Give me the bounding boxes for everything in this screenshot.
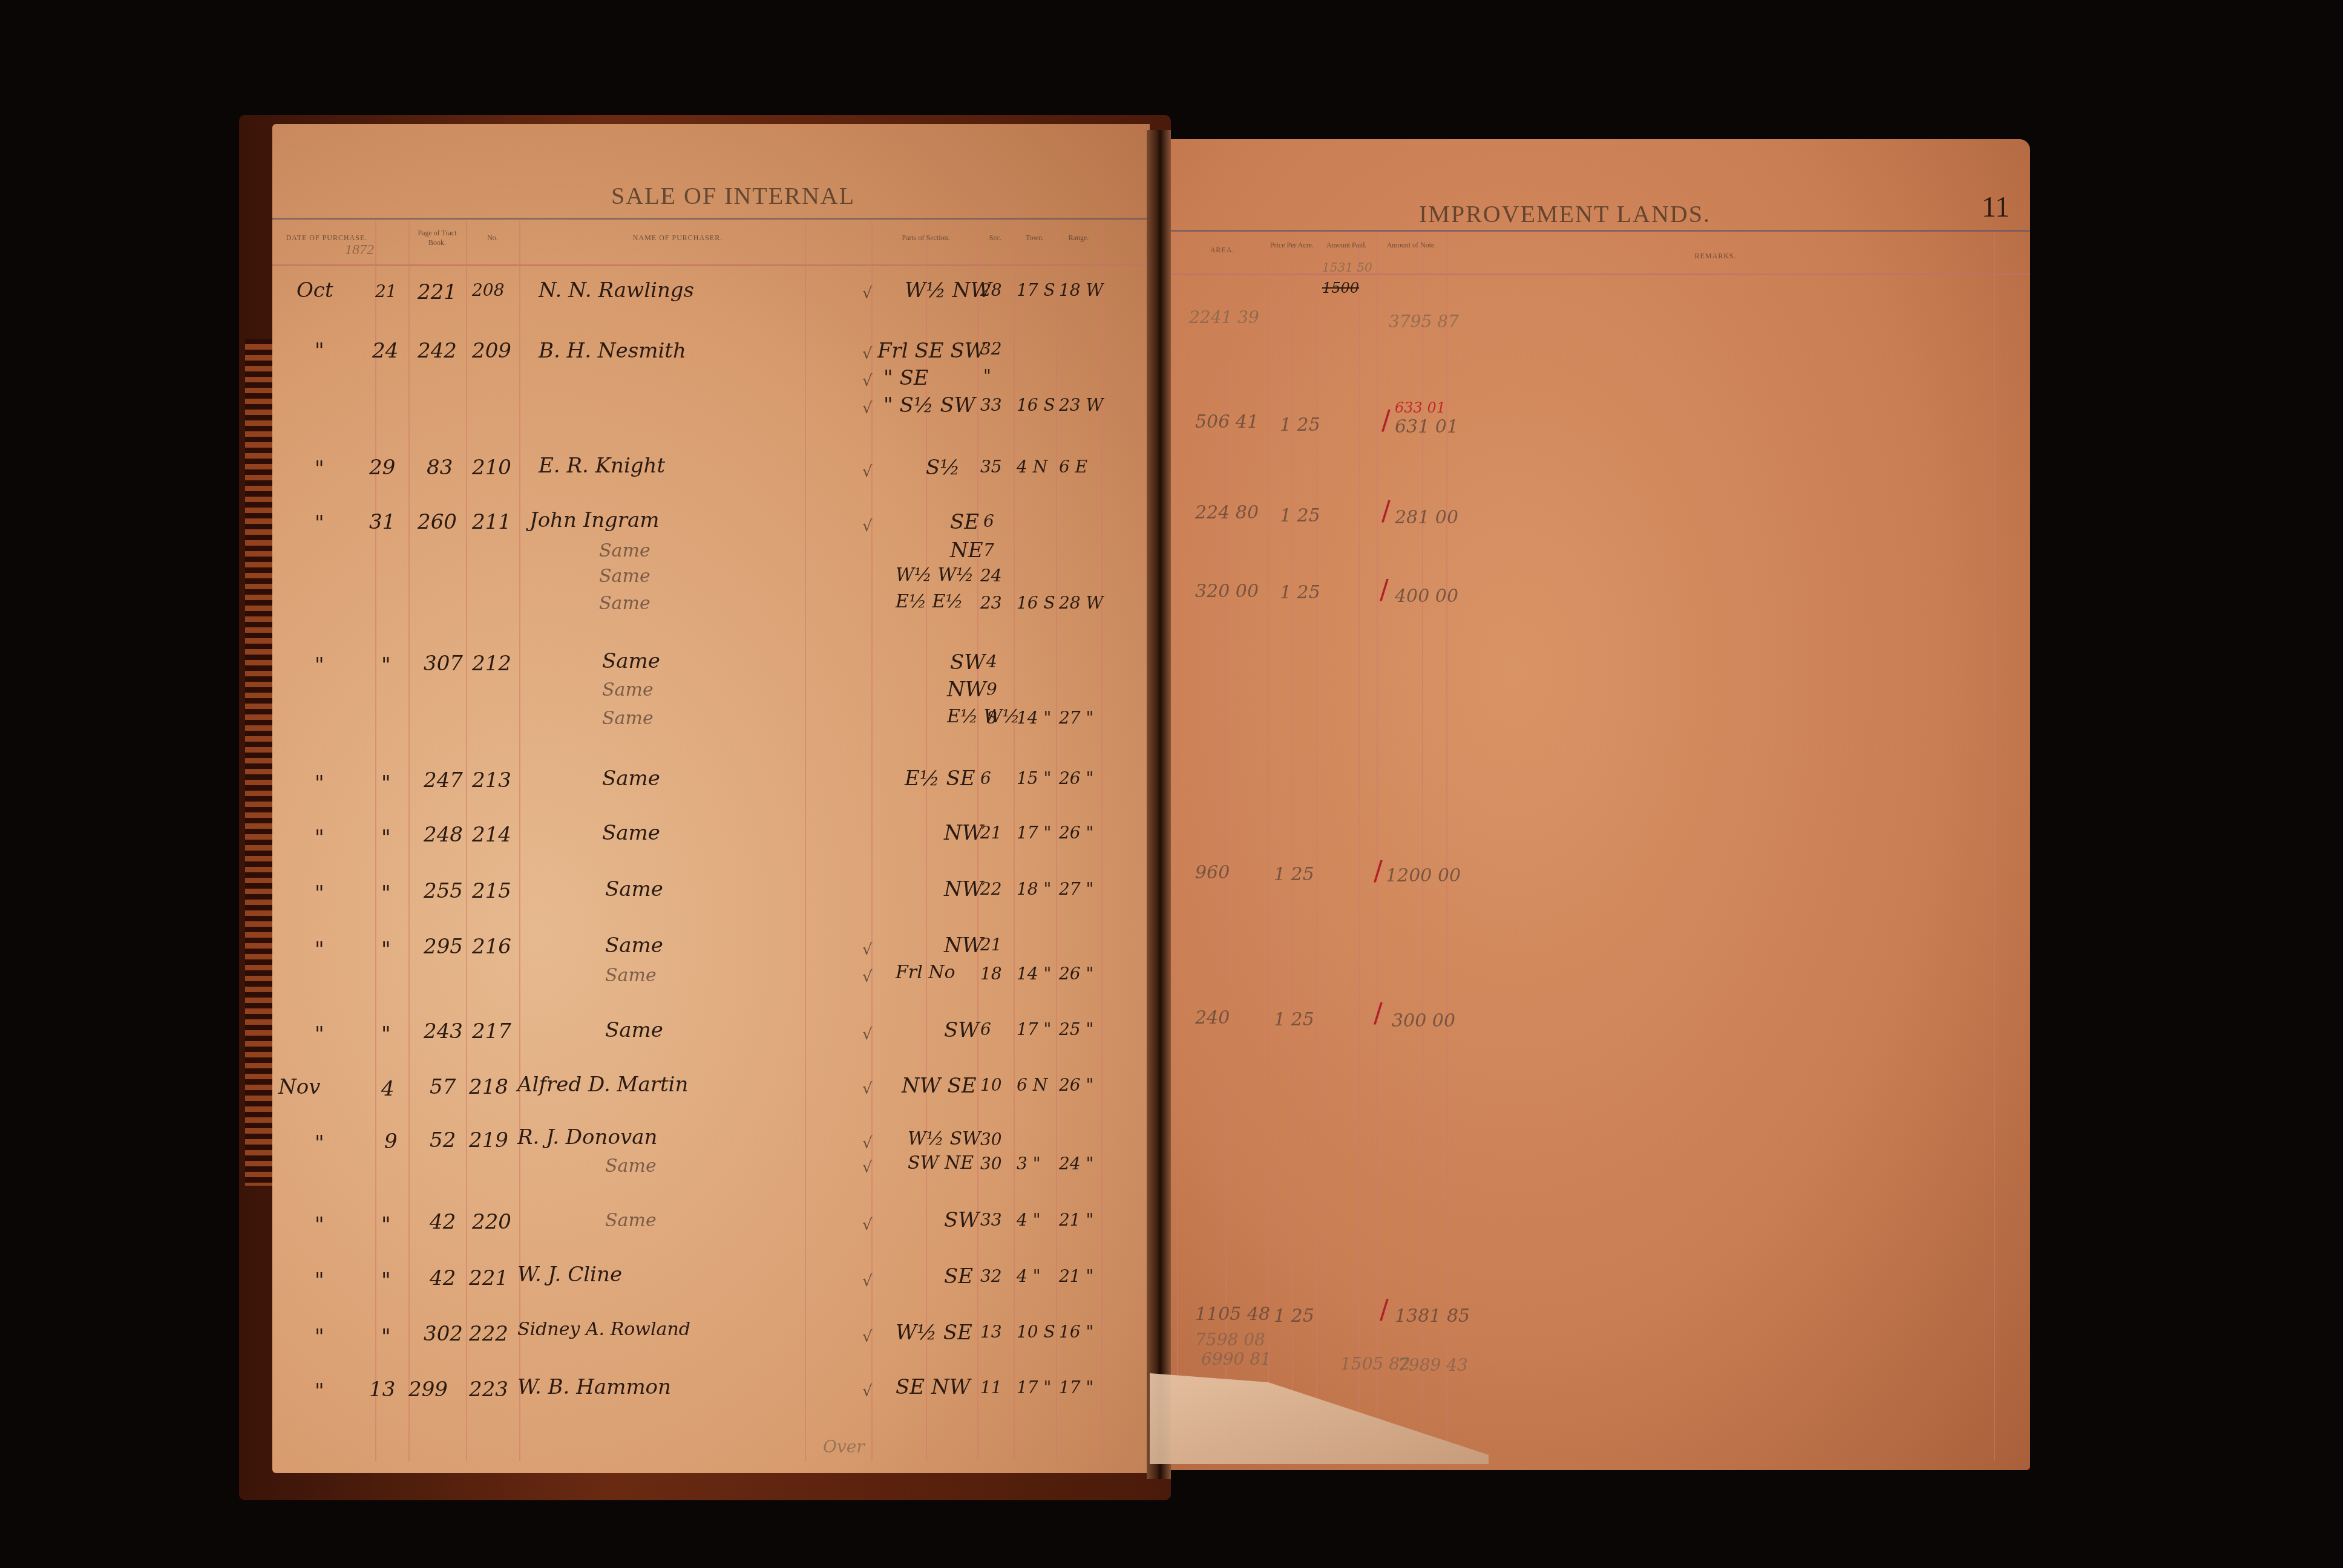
handwritten-cell: 17 " <box>1017 1377 1051 1397</box>
handwritten-cell: 255 <box>424 879 463 903</box>
handwritten-cell: 960 <box>1195 862 1230 883</box>
column-rule <box>466 221 467 1461</box>
handwritten-cell: " <box>381 1269 391 1293</box>
column-rule <box>1056 221 1057 1461</box>
handwritten-cell: E½ SE <box>905 766 975 791</box>
handwritten-cell: " <box>315 1379 324 1403</box>
handwritten-cell: " <box>315 1213 324 1237</box>
handwritten-cell: NW <box>944 821 983 845</box>
handwritten-cell: " <box>983 366 991 386</box>
check-mark-icon: √ <box>862 1134 873 1152</box>
handwritten-cell: 35 <box>980 457 1002 477</box>
handwritten-cell: 1 25 <box>1274 1305 1314 1327</box>
handwritten-cell: SE <box>950 510 979 534</box>
handwritten-cell: 302 <box>424 1322 463 1346</box>
column-rule <box>408 221 410 1461</box>
handwritten-cell: 281 00 <box>1395 507 1458 528</box>
check-mark-icon: √ <box>862 1216 873 1234</box>
check-mark-icon: √ <box>862 968 873 986</box>
handwritten-cell: 13 <box>980 1322 1002 1342</box>
handwritten-cell: John Ingram <box>529 508 660 532</box>
column-header-no: No. <box>466 233 519 243</box>
column-header-note: Amount of Note. <box>1377 240 1446 250</box>
handwritten-cell: " <box>315 938 324 962</box>
column-header-town: Town. <box>1014 233 1056 243</box>
handwritten-cell: Same <box>605 877 663 901</box>
handwritten-cell: W½ NW <box>905 278 991 302</box>
handwritten-cell: 3 " <box>1017 1154 1041 1174</box>
handwritten-cell: 57 <box>430 1075 456 1099</box>
handwritten-cell: 218 <box>469 1075 508 1099</box>
handwritten-cell: 212 <box>472 652 511 676</box>
handwritten-cell: 42 <box>430 1210 456 1234</box>
check-mark-icon: √ <box>862 345 873 363</box>
handwritten-cell: Same <box>605 1018 663 1042</box>
handwritten-cell: 210 <box>472 456 511 480</box>
handwritten-cell: 224 80 <box>1195 502 1259 523</box>
handwritten-cell: 3795 87 <box>1389 312 1459 332</box>
handwritten-cell: " <box>315 1269 324 1293</box>
handwritten-cell: 1105 48 <box>1195 1304 1270 1325</box>
handwritten-cell: " <box>381 1213 391 1237</box>
handwritten-cell: 27 " <box>1059 879 1093 899</box>
crossed-amount: 1500 <box>1322 279 1359 296</box>
handwritten-cell: 28 <box>980 280 1002 300</box>
handwritten-cell: 24 <box>372 339 398 363</box>
handwritten-cell: 243 <box>424 1019 463 1044</box>
handwritten-cell: 33 <box>980 395 1002 415</box>
handwritten-cell: 8 <box>986 708 997 728</box>
handwritten-cell: 299 <box>408 1377 448 1402</box>
handwritten-cell: " <box>315 1131 324 1155</box>
handwritten-cell: 11 <box>980 1377 1002 1397</box>
handwritten-cell: " SE <box>883 366 929 390</box>
handwritten-cell: Same <box>599 593 650 614</box>
handwritten-cell: Same <box>605 1155 657 1177</box>
handwritten-cell: 4 <box>381 1077 395 1101</box>
handwritten-cell: SW NE <box>908 1152 974 1174</box>
handwritten-cell: Same <box>605 1210 657 1231</box>
handwritten-cell: " <box>381 938 391 962</box>
handwritten-cell: S½ <box>926 456 960 480</box>
column-rule <box>1268 233 1269 1461</box>
handwritten-cell: 26 " <box>1059 964 1093 984</box>
handwritten-cell: 221 <box>418 280 457 304</box>
check-mark-icon: / <box>1380 1295 1389 1325</box>
handwritten-cell: 6 <box>980 768 991 788</box>
handwritten-cell: " <box>381 1325 391 1349</box>
handwritten-cell: 633 01 <box>1395 399 1446 416</box>
handwritten-cell: 300 00 <box>1392 1010 1455 1031</box>
handwritten-cell: 4 " <box>1017 1266 1041 1286</box>
handwritten-cell: 52 <box>430 1128 456 1152</box>
handwritten-cell: 214 <box>472 823 511 847</box>
handwritten-cell: 10 <box>980 1075 1002 1095</box>
handwritten-cell: 260 <box>418 510 457 534</box>
handwritten-cell: 17 " <box>1017 823 1051 843</box>
handwritten-cell: Nov <box>278 1075 320 1099</box>
handwritten-cell: 208 <box>472 280 504 300</box>
check-mark-icon: √ <box>862 284 873 302</box>
column-rule <box>1014 221 1015 1461</box>
handwritten-cell: R. J. Donovan <box>517 1125 657 1149</box>
handwritten-cell: 221 <box>469 1266 508 1290</box>
handwritten-cell: 24 " <box>1059 1154 1093 1174</box>
handwritten-cell: 7598 08 <box>1195 1330 1265 1350</box>
handwritten-cell: SE <box>944 1264 973 1289</box>
handwritten-cell: Same <box>602 708 654 729</box>
handwritten-cell: 307 <box>424 652 463 676</box>
handwritten-cell: 1 25 <box>1274 864 1314 885</box>
handwritten-cell: 6 <box>980 1019 991 1039</box>
handwritten-cell: 240 <box>1195 1007 1230 1028</box>
handwritten-cell: 1 25 <box>1280 414 1320 436</box>
handwritten-cell: 83 <box>427 456 453 480</box>
column-rule <box>1377 233 1378 1461</box>
handwritten-cell: " <box>381 771 391 795</box>
column-header-tract-page: Page of Tract Book. <box>408 228 466 247</box>
handwritten-cell: " <box>315 771 324 795</box>
handwritten-cell: 6 E <box>1059 457 1087 477</box>
handwritten-cell: 211 <box>472 510 511 534</box>
check-mark-icon: √ <box>862 1025 873 1044</box>
check-mark-icon: / <box>1381 496 1391 527</box>
handwritten-cell: 24 <box>980 566 1002 586</box>
check-mark-icon: √ <box>862 517 873 535</box>
handwritten-cell: 25 " <box>1059 1019 1093 1039</box>
handwritten-cell: Alfred D. Martin <box>517 1073 688 1097</box>
handwritten-cell: 220 <box>472 1210 511 1234</box>
handwritten-cell: 1200 00 <box>1386 865 1461 886</box>
handwritten-cell: E½ W½ <box>947 706 1020 727</box>
handwritten-cell: 6990 81 <box>1201 1349 1271 1369</box>
handwritten-cell: 23 W <box>1059 395 1103 415</box>
handwritten-cell: 16 S <box>1017 395 1055 415</box>
column-header-price: Price Per Acre. <box>1268 240 1316 250</box>
handwritten-cell: Frl SE SW <box>877 339 986 363</box>
header-bottom-rule <box>1171 273 2030 275</box>
handwritten-cell: 4 " <box>1017 1210 1041 1230</box>
handwritten-cell: Oct <box>297 278 333 302</box>
handwritten-cell: 26 " <box>1059 1075 1093 1095</box>
handwritten-cell: 17 " <box>1059 1377 1093 1397</box>
handwritten-cell: " <box>381 826 391 850</box>
handwritten-cell: 631 01 <box>1395 416 1458 437</box>
handwritten-cell: 7 <box>983 540 994 560</box>
handwritten-cell: Same <box>602 766 660 791</box>
column-rule <box>1994 233 1995 1461</box>
handwritten-cell: 33 <box>980 1210 1002 1230</box>
check-mark-icon: √ <box>862 941 873 959</box>
handwritten-cell: W. J. Cline <box>517 1263 622 1287</box>
handwritten-cell: 31 <box>369 510 395 534</box>
check-mark-icon: / <box>1374 998 1383 1029</box>
handwritten-cell: SE NW <box>896 1375 971 1399</box>
column-header-parts: Parts of Section. <box>877 233 974 243</box>
handwritten-cell: 16 " <box>1059 1322 1093 1342</box>
handwritten-cell: E. R. Knight <box>539 454 665 478</box>
handwritten-cell: 18 <box>980 964 1002 984</box>
handwritten-cell: 216 <box>472 935 511 959</box>
check-mark-icon: √ <box>862 1328 873 1346</box>
handwritten-cell: 32 <box>980 339 1002 359</box>
handwritten-cell: 22 <box>980 879 1002 899</box>
handwritten-cell: 14 " <box>1017 708 1051 728</box>
handwritten-cell: NW <box>947 678 986 702</box>
handwritten-cell: 42 <box>430 1266 456 1290</box>
check-mark-icon: √ <box>862 1158 873 1177</box>
handwritten-cell: SW <box>944 1018 979 1042</box>
handwritten-cell: 15 " <box>1017 768 1051 788</box>
check-mark-icon: / <box>1380 575 1389 606</box>
header-top-rule <box>1171 230 2030 232</box>
handwritten-cell: 16 S <box>1017 593 1055 613</box>
handwritten-cell: 14 " <box>1017 964 1051 984</box>
column-rule <box>1177 233 1178 1461</box>
handwritten-cell: " <box>315 1022 324 1047</box>
handwritten-cell: 320 00 <box>1195 581 1259 602</box>
handwritten-cell: NW <box>944 933 983 958</box>
handwritten-cell: 222 <box>469 1322 508 1346</box>
handwritten-cell: 18 " <box>1017 879 1051 899</box>
handwritten-cell: W½ W½ <box>896 564 974 586</box>
handwritten-cell: 23 <box>980 593 1002 613</box>
handwritten-cell: 27 " <box>1059 708 1093 728</box>
handwritten-cell: 213 <box>472 768 511 792</box>
handwritten-cell: 6 N <box>1017 1075 1047 1095</box>
left-page: SALE OF INTERNAL DATE OF PURCHASE. 1872 … <box>272 124 1150 1473</box>
handwritten-cell: " <box>315 339 324 363</box>
handwritten-cell: 1 25 <box>1280 582 1320 603</box>
handwritten-cell: W½ SW <box>908 1128 981 1149</box>
handwritten-cell: 21 <box>980 935 1002 955</box>
handwritten-cell: Same <box>599 566 650 587</box>
handwritten-cell: 223 <box>469 1377 508 1402</box>
column-rule <box>375 221 376 1461</box>
handwritten-cell: 30 <box>980 1129 1002 1149</box>
column-rule <box>805 221 806 1461</box>
header-top-rule <box>272 218 1150 220</box>
handwritten-cell: 21 " <box>1059 1210 1093 1230</box>
handwritten-cell: Same <box>602 649 660 673</box>
handwritten-cell: Same <box>605 965 657 986</box>
handwritten-cell: W½ SE <box>896 1321 972 1345</box>
handwritten-cell: 9 <box>986 679 997 699</box>
column-header-remarks: REMARKS. <box>1594 251 1837 261</box>
handwritten-cell: 17 S <box>1017 280 1055 300</box>
column-header-range: Range. <box>1056 233 1101 243</box>
handwritten-cell: 242 <box>418 339 457 363</box>
handwritten-cell: " <box>315 511 324 535</box>
check-mark-icon: √ <box>862 1080 873 1098</box>
handwritten-cell: 295 <box>424 935 463 959</box>
handwritten-cell: 209 <box>472 339 511 363</box>
handwritten-cell: W. B. Hammon <box>517 1375 671 1399</box>
handwritten-cell: " <box>315 457 324 481</box>
handwritten-cell: Frl No <box>896 962 955 983</box>
handwritten-cell: 7989 43 <box>1398 1355 1468 1375</box>
column-header-area: AREA. <box>1183 245 1262 255</box>
check-mark-icon: √ <box>862 372 873 390</box>
handwritten-cell: 21 " <box>1059 1266 1093 1286</box>
check-mark-icon: √ <box>862 463 873 481</box>
handwritten-cell: NE <box>950 538 983 563</box>
check-mark-icon: / <box>1381 405 1391 436</box>
handwritten-cell: " <box>315 881 324 906</box>
handwritten-cell: SW <box>944 1208 979 1232</box>
footer-note: Over <box>823 1437 865 1457</box>
handwritten-cell: 4 <box>986 652 997 671</box>
handwritten-cell: NW <box>944 877 983 901</box>
check-mark-icon: √ <box>862 1272 873 1290</box>
right-page: IMPROVEMENT LANDS. 11 AREA. Price Per Ac… <box>1171 139 2030 1470</box>
handwritten-cell: 2241 39 <box>1189 307 1259 327</box>
left-page-title: SALE OF INTERNAL <box>611 181 855 210</box>
handwritten-cell: 30 <box>980 1154 1002 1174</box>
book-gutter <box>1147 130 1171 1479</box>
header-pencil-total: 1531 50 <box>1322 260 1372 275</box>
handwritten-cell: 4 N <box>1017 457 1047 477</box>
handwritten-cell: NW SE <box>902 1074 977 1098</box>
header-bottom-rule <box>272 264 1150 266</box>
column-header-name: NAME OF PURCHASER. <box>587 233 768 243</box>
handwritten-cell: 18 W <box>1059 280 1103 300</box>
handwritten-cell: 219 <box>469 1128 508 1152</box>
handwritten-cell: 248 <box>424 823 463 847</box>
column-header-paid: Amount Paid. <box>1316 240 1377 250</box>
check-mark-icon: √ <box>862 1382 873 1400</box>
handwritten-cell: 21 <box>375 281 397 301</box>
handwritten-cell: 32 <box>980 1266 1002 1286</box>
handwritten-cell: " <box>315 826 324 850</box>
handwritten-cell: Same <box>602 821 660 845</box>
handwritten-cell: 1381 85 <box>1395 1305 1470 1327</box>
handwritten-cell: 10 S <box>1017 1322 1055 1342</box>
handwritten-cell: " <box>315 653 324 678</box>
page-number: 11 <box>1982 191 2010 224</box>
handwritten-cell: 26 " <box>1059 768 1093 788</box>
handwritten-cell: 400 00 <box>1395 586 1458 607</box>
handwritten-cell: E½ E½ <box>896 591 963 612</box>
handwritten-cell: 28 W <box>1059 593 1103 613</box>
handwritten-cell: Same <box>599 540 650 561</box>
handwritten-cell: 217 <box>472 1019 511 1044</box>
handwritten-cell: N. N. Rawlings <box>539 278 694 302</box>
handwritten-cell: " S½ SW <box>883 393 975 417</box>
check-mark-icon: / <box>1374 856 1383 887</box>
handwritten-cell: 6 <box>983 511 994 531</box>
handwritten-cell: B. H. Nesmith <box>539 339 686 363</box>
right-page-title: IMPROVEMENT LANDS. <box>1419 200 1711 228</box>
column-header-sec: Sec. <box>977 233 1014 243</box>
handwritten-cell: " <box>381 881 391 906</box>
book-spine-edge <box>245 339 275 1186</box>
handwritten-cell: Same <box>602 679 654 701</box>
column-rule <box>1358 233 1360 1461</box>
handwritten-cell: 29 <box>369 456 395 480</box>
handwritten-cell: 13 <box>369 1377 395 1402</box>
handwritten-cell: SW <box>950 650 985 675</box>
check-mark-icon: √ <box>862 399 873 417</box>
handwritten-cell: 1 25 <box>1274 1009 1314 1030</box>
handwritten-cell: 21 <box>980 823 1002 843</box>
handwritten-cell: 9 <box>384 1129 398 1154</box>
handwritten-cell: Sidney A. Rowland <box>517 1319 690 1340</box>
column-header-date: DATE OF PURCHASE. <box>278 233 375 243</box>
handwritten-cell: " <box>381 1022 391 1047</box>
handwritten-cell: " <box>315 1325 324 1349</box>
handwritten-cell: 1 25 <box>1280 505 1320 526</box>
handwritten-cell: " <box>381 653 391 678</box>
handwritten-cell: 17 " <box>1017 1019 1051 1039</box>
year-label: 1872 <box>345 242 374 258</box>
handwritten-cell: 506 41 <box>1195 411 1259 433</box>
handwritten-cell: 247 <box>424 768 463 792</box>
handwritten-cell: Same <box>605 933 663 958</box>
handwritten-cell: 215 <box>472 879 511 903</box>
handwritten-cell: 26 " <box>1059 823 1093 843</box>
